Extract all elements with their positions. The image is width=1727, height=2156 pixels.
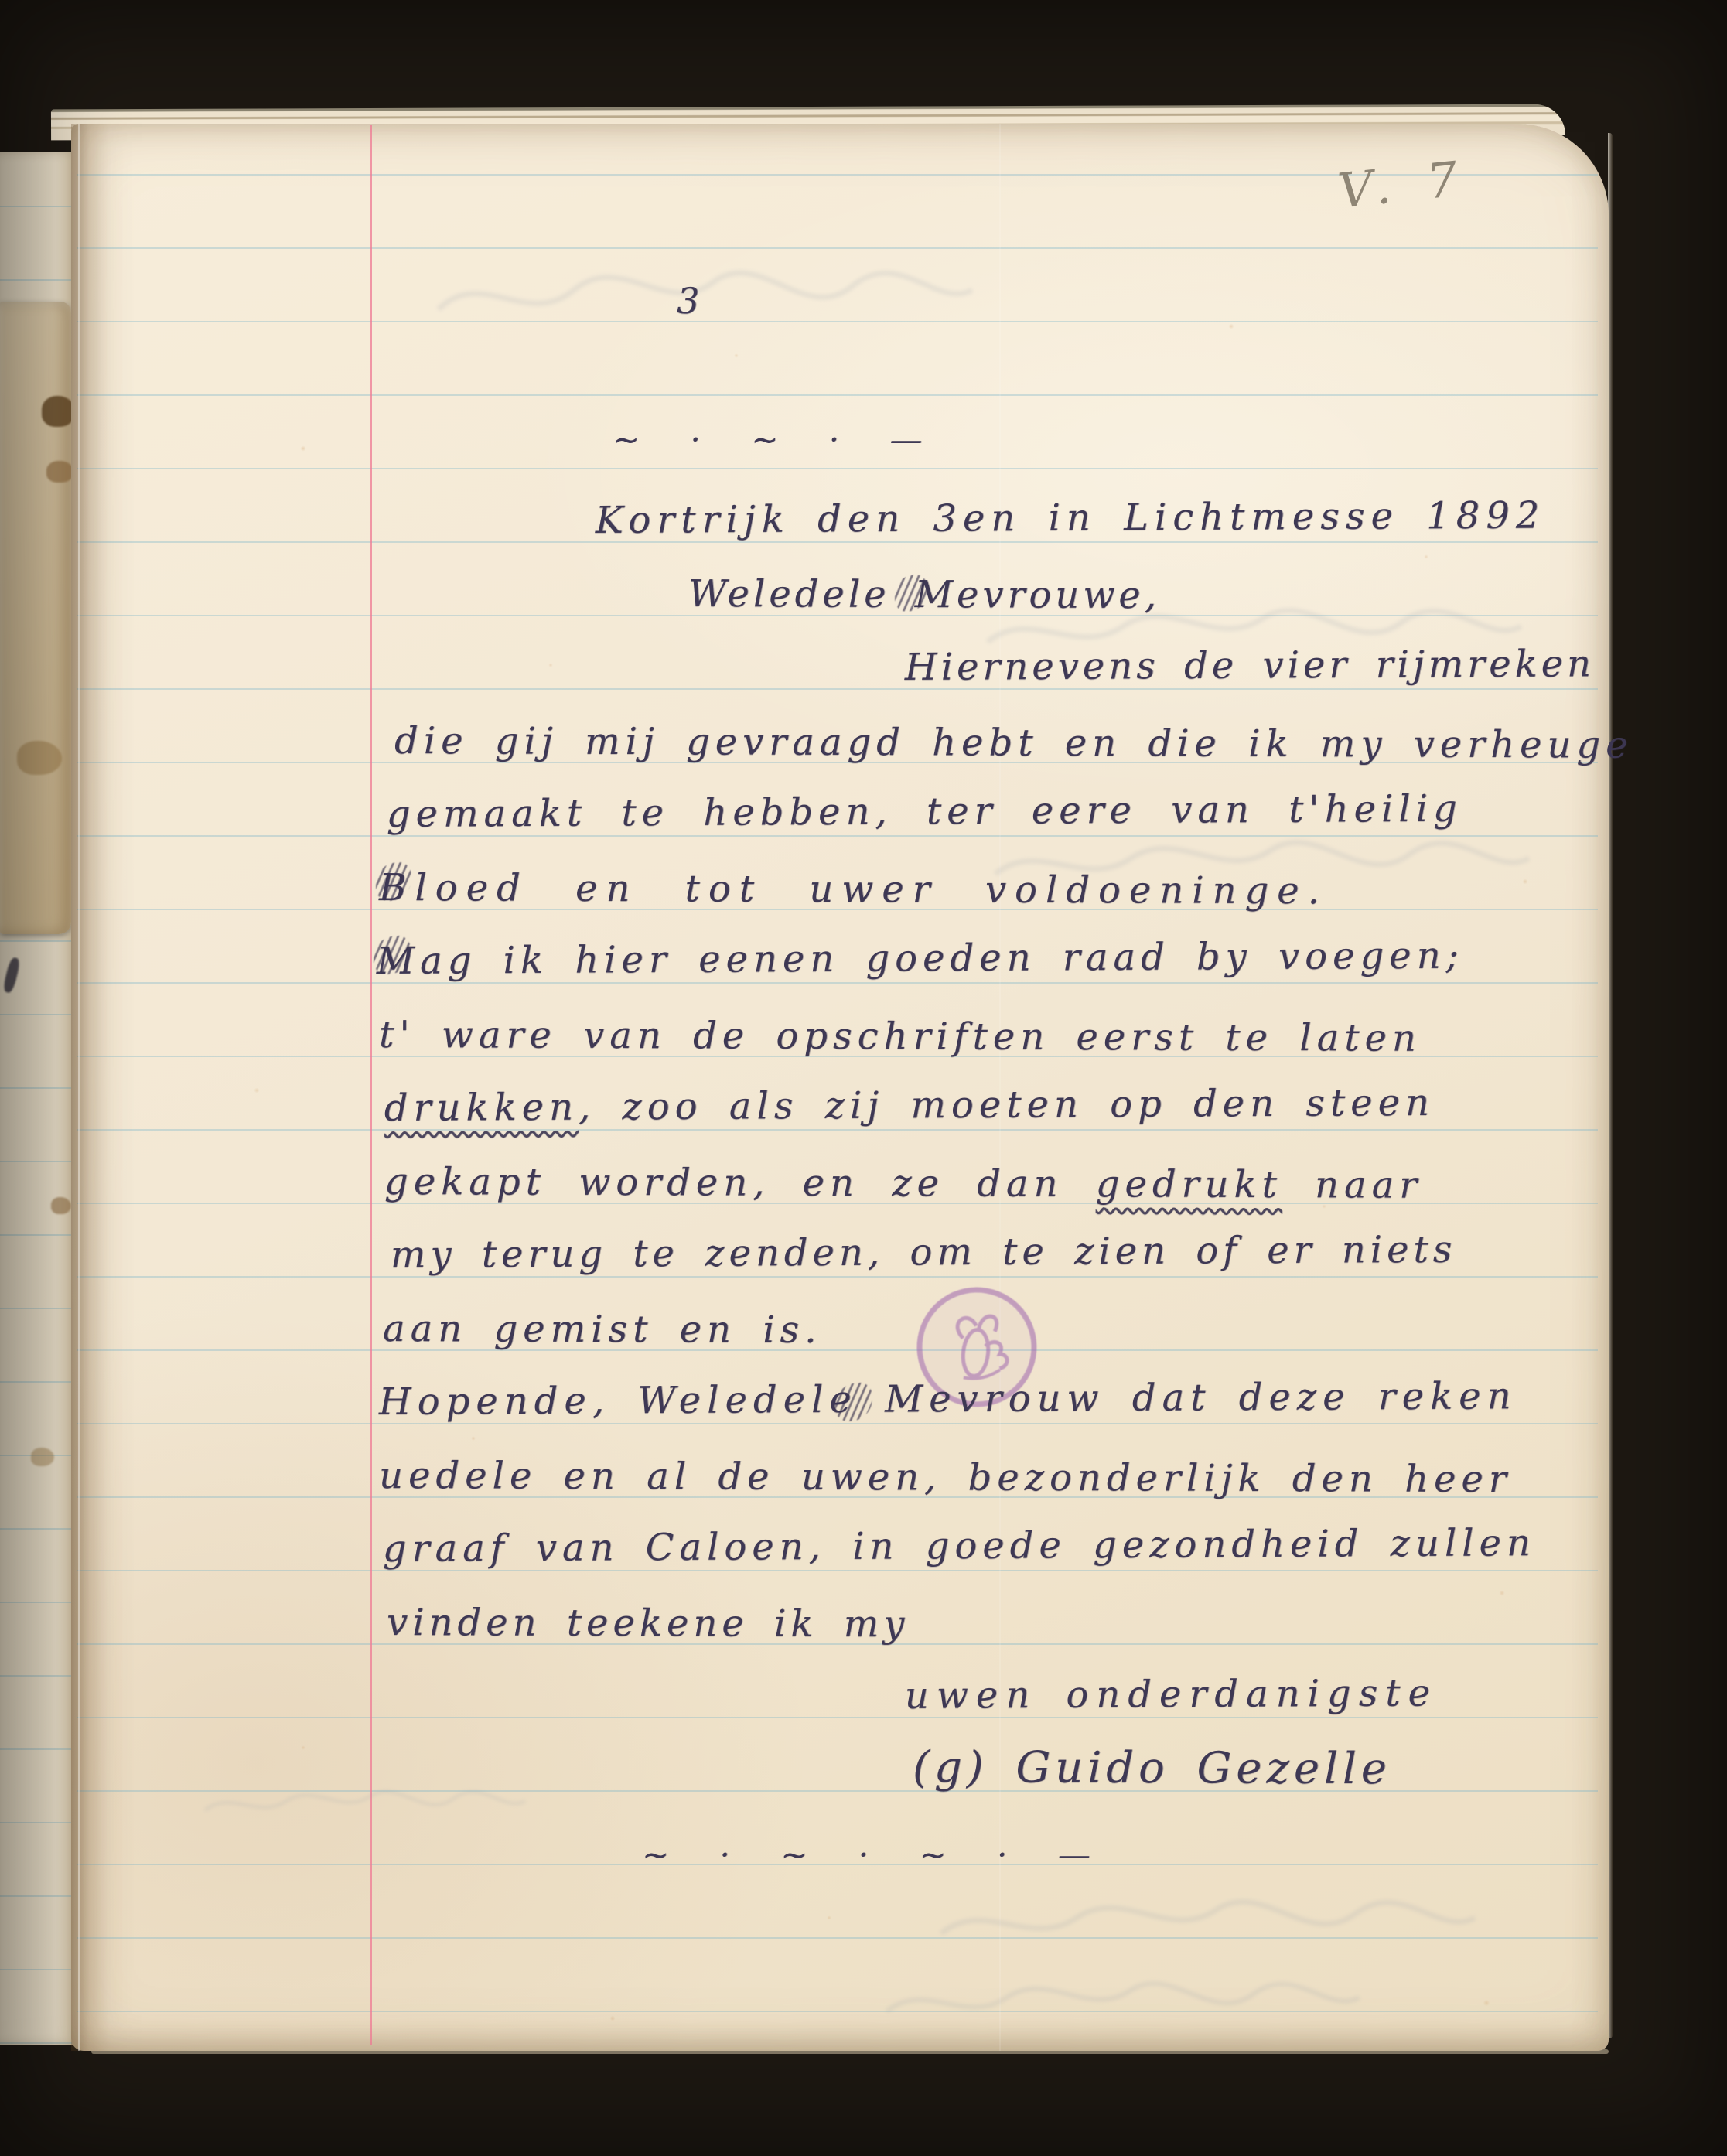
flourish-divider-bottom: ~ · ~ · ~ · — <box>642 1836 1111 1874</box>
letter-text: Bloed en tot uwer voldoeninge. <box>379 866 1328 913</box>
letter-line-closing: uwen onderdanigste <box>905 1671 1438 1718</box>
letter-text: , zoo als zij moeten op den steen <box>579 1081 1435 1129</box>
letter-text: naar <box>1282 1163 1423 1207</box>
letter-line: drukken, zoo als zij moeten op den steen <box>384 1081 1435 1130</box>
letter-line: vinden teekene ik my <box>387 1601 909 1646</box>
letter-line: aan gemist en is. <box>383 1307 822 1352</box>
flourish-divider-top: ~ · ~ · — <box>613 421 943 459</box>
letter-line: gemaakt te hebben, ter eere van t'heilig <box>387 787 1462 836</box>
stain-mark <box>17 741 62 775</box>
letter-text: die gij mij gevraagd hebt en die ik my v… <box>394 719 1633 767</box>
letter-line: graaf van Caloen, in goede gezondheid zu… <box>383 1521 1536 1571</box>
stain-mark <box>51 1197 71 1214</box>
stain-mark <box>46 461 74 483</box>
letter-text: my terug te zenden, om te zien of er nie… <box>391 1228 1457 1277</box>
bleedthrough-mark <box>435 255 976 348</box>
notebook-page: V. 7 3 ~ · ~ · — ~ · ~ · ~ · — Kortrijk … <box>71 124 1609 2051</box>
letter-line-dateline: Kortrijk den 3en in Lichtmesse 1892 <box>596 494 1546 542</box>
letter-text: vinden teekene ik my <box>387 1601 909 1646</box>
letter-line: Mag ik hier eenen goeden raad by voegen; <box>377 934 1464 983</box>
letter-text: uwen onderdanigste <box>905 1671 1438 1718</box>
scan-photo-background: V. 7 3 ~ · ~ · — ~ · ~ · ~ · — Kortrijk … <box>0 0 1727 2156</box>
letter-text: t' ware van de opschriften eerst te late… <box>379 1013 1422 1060</box>
letter-text: aan gemist en is. <box>383 1307 822 1352</box>
letter-text: Hopende, Weledele Mevrouw dat deze reken <box>379 1374 1517 1424</box>
letter-line: gekapt worden, en ze dan gedrukt naar <box>384 1160 1422 1207</box>
letter-text: uedele en al de uwen, bezonderlijk den h… <box>379 1454 1512 1501</box>
binding-crease <box>71 124 116 2051</box>
letter-line: uedele en al de uwen, bezonderlijk den h… <box>379 1454 1512 1501</box>
signature-text: (g) Guido Gezelle <box>913 1742 1391 1794</box>
letter-line: Hiernevens de vier rijmreken <box>905 642 1595 689</box>
letter-text: gekapt worden, en ze dan <box>384 1160 1096 1206</box>
letter-text: gemaakt te hebben, ter eere van t'heilig <box>387 787 1462 836</box>
letter-text: graaf van Caloen, in goede gezondheid zu… <box>383 1521 1536 1571</box>
letter-line-signature: (g) Guido Gezelle <box>913 1742 1391 1794</box>
bleedthrough-mark <box>937 1891 1479 1960</box>
letter-text: Kortrijk den 3en in Lichtmesse 1892 <box>596 494 1546 542</box>
page-number: 3 <box>677 280 703 322</box>
letter-line: die gij mij gevraagd hebt en die ik my v… <box>394 719 1633 767</box>
letter-text: Hiernevens de vier rijmreken <box>905 642 1595 689</box>
underlined-word: gedrukt <box>1096 1162 1282 1206</box>
bleedthrough-mark <box>883 1973 1363 2035</box>
letter-line: Hopende, Weledele Mevrouw dat deze reken <box>379 1374 1517 1424</box>
letter-line: my terug te zenden, om te zien of er nie… <box>391 1228 1457 1277</box>
letter-line: t' ware van de opschriften eerst te late… <box>379 1013 1422 1060</box>
underlined-word: drukken <box>384 1086 579 1130</box>
letter-line: Bloed en tot uwer voldoeninge. <box>379 866 1328 913</box>
bleedthrough-mark <box>203 1775 527 1837</box>
margin-line <box>370 125 372 2045</box>
letter-text: Mag ik hier eenen goeden raad by voegen; <box>377 934 1464 983</box>
pencil-folio-note: V. 7 <box>1336 149 1472 219</box>
stain-mark <box>31 1448 54 1466</box>
